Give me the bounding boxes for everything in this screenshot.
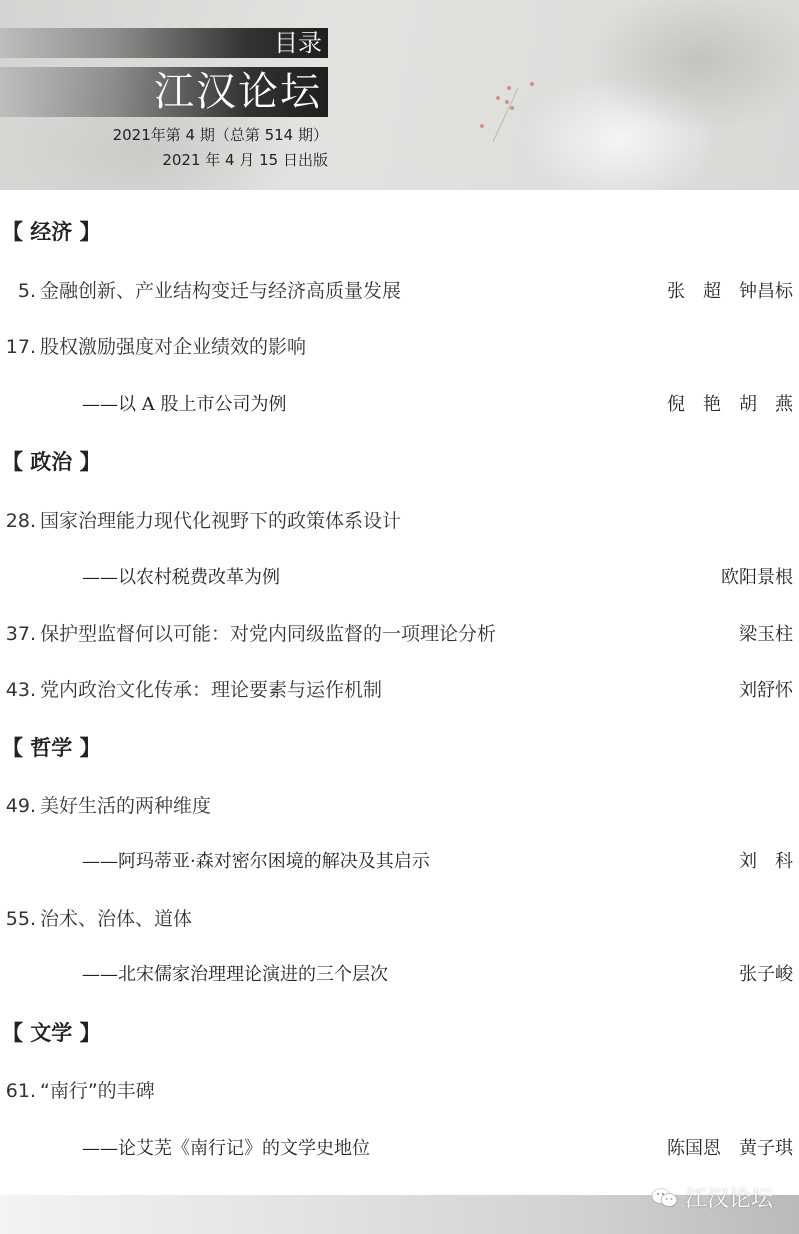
article-title: 国家治理能力现代化视野下的政策体系设计 [40,510,401,532]
page-number: 61. [0,1080,36,1102]
page-number: 55. [0,908,36,930]
stamen-decoration [496,96,500,100]
stamen-decoration [530,82,534,86]
stamen-decoration [505,100,509,104]
article-subtitle: ——阿玛蒂亚·森对密尔困境的解决及其启示 [82,847,430,873]
stamen-decoration [480,124,484,128]
watermark: 江汉论坛 [651,1182,773,1213]
wechat-icon [651,1187,679,1209]
page-number: 43. [0,679,36,701]
toc-entry[interactable]: 61.“南行”的丰碑 [0,1076,155,1103]
publication-date: 2021 年 4 月 15 日出版 [162,149,328,170]
article-authors: 倪 艳 胡 燕 [667,390,793,416]
toc-entry[interactable]: 43.党内政治文化传承：理论要素与运作机制 [0,675,382,702]
article-authors: 梁玉柱 [739,620,793,646]
toc-entry[interactable]: 17.股权激励强度对企业绩效的影响 [0,332,306,359]
stamen-decoration [510,106,514,110]
toc-entry[interactable]: 55.治术、治体、道体 [0,904,192,931]
page-number: 5. [0,280,36,302]
article-authors: 刘舒怀 [739,676,793,702]
article-title: 股权激励强度对企业绩效的影响 [40,336,306,358]
section-heading-politics: 【 政治 】 [2,446,101,476]
article-subtitle: ——论艾芜《南行记》的文学史地位 [82,1134,370,1160]
article-title: 党内政治文化传承：理论要素与运作机制 [40,679,382,701]
toc-entry[interactable]: 5.金融创新、产业结构变迁与经济高质量发展 [0,276,401,303]
article-authors: 欧阳景根 [721,563,793,589]
header-banner: 目录 江汉论坛 2021年第 4 期（总第 514 期） 2021 年 4 月 … [0,0,799,190]
toc-entry[interactable]: 28.国家治理能力现代化视野下的政策体系设计 [0,506,401,533]
issue-number: 2021年第 4 期（总第 514 期） [113,124,328,145]
article-subtitle: ——北宋儒家治理理论演进的三个层次 [82,960,388,986]
article-authors: 陈国恩 黄子琪 [667,1134,793,1160]
section-heading-philosophy: 【 哲学 】 [2,732,101,762]
journal-title-bar: 江汉论坛 [0,67,328,117]
toc-label-bar: 目录 [0,28,328,58]
page-number: 17. [0,336,36,358]
article-title: 治术、治体、道体 [40,908,192,930]
article-title: 美好生活的两种维度 [40,795,211,817]
page-number: 37. [0,623,36,645]
toc-entry[interactable]: 49.美好生活的两种维度 [0,791,211,818]
watermark-text: 江汉论坛 [685,1182,773,1213]
article-authors: 刘 科 [739,847,793,873]
article-subtitle: ——以 A 股上市公司为例 [82,390,286,416]
article-subtitle: ——以农村税费改革为例 [82,563,280,589]
article-title: “南行”的丰碑 [40,1080,155,1102]
page-number: 49. [0,795,36,817]
journal-title: 江汉论坛 [154,69,322,115]
page-number: 28. [0,510,36,532]
section-heading-economics: 【 经济 】 [2,216,101,246]
article-title: 金融创新、产业结构变迁与经济高质量发展 [40,280,401,302]
toc-label: 目录 [274,29,322,57]
section-heading-literature: 【 文学 】 [2,1017,101,1047]
article-title: 保护型监督何以可能：对党内同级监督的一项理论分析 [40,623,496,645]
article-authors: 张 超 钟昌标 [667,277,793,303]
stamen-decoration [507,86,511,90]
article-authors: 张子峻 [739,960,793,986]
toc-entry[interactable]: 37.保护型监督何以可能：对党内同级监督的一项理论分析 [0,619,496,646]
